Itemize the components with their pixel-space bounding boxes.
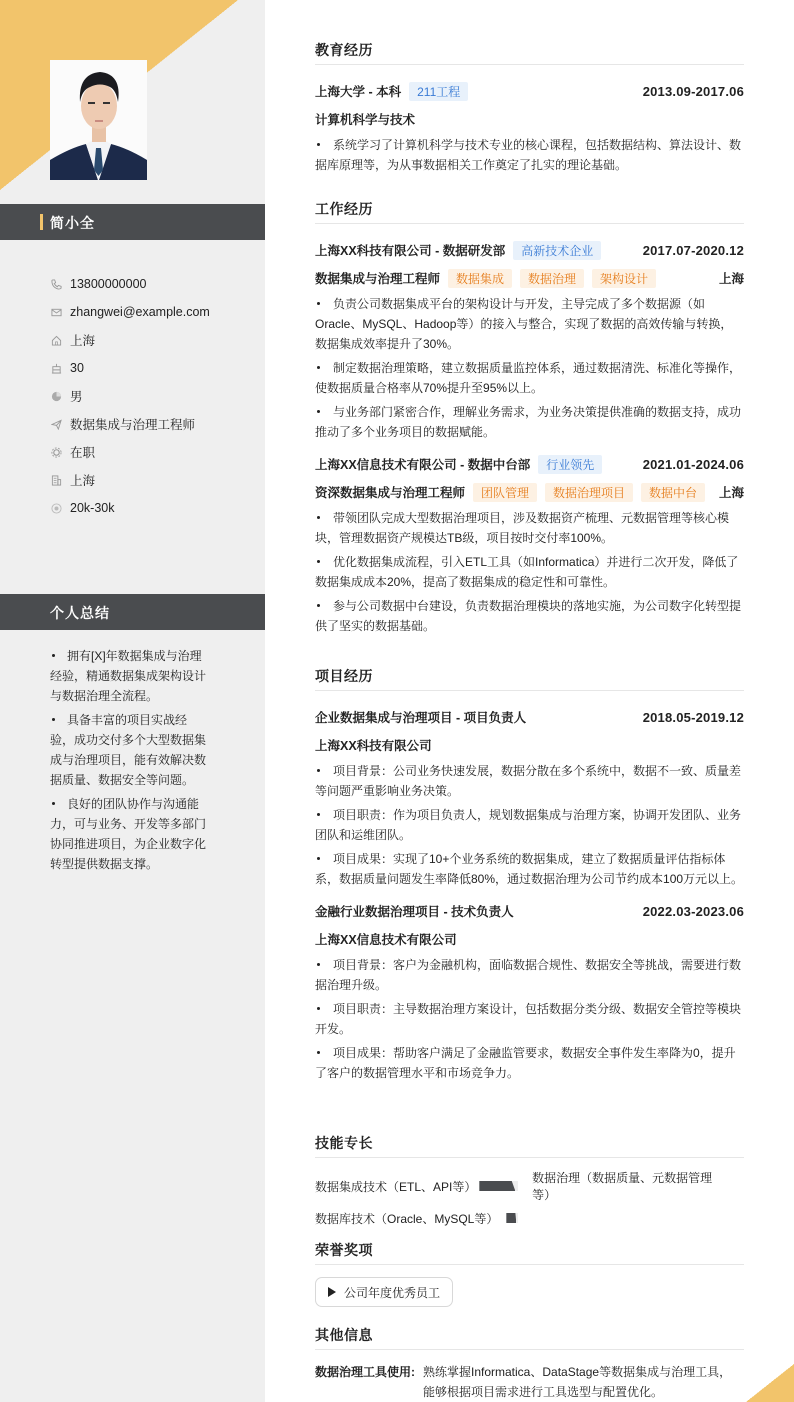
skill-row: 数据集成技术（ETL、API等） 数据治理（数据质量、元数据管理等） <box>315 1170 744 1202</box>
job-header: 上海XX科技有限公司 - 数据研发部 高新技术企业 2017.07-2020.1… <box>315 236 744 264</box>
summary-list: 拥有[X]年数据集成与治理经验，精通数据集成架构设计与数据治理全流程。 具备丰富… <box>50 646 210 878</box>
section-title: 荣誉奖项 <box>315 1240 744 1265</box>
job-location: 上海 <box>719 483 744 501</box>
bullet-item: 项目背景：公司业务快速发展，数据分散在多个系统中，数据不一致、质量差等问题严重影… <box>315 761 744 801</box>
section-title: 技能专长 <box>315 1133 744 1158</box>
contact-position: 数据集成与治理工程师 <box>50 410 210 438</box>
bullet-item: 项目职责：主导数据治理方案设计，包括数据分类分级、数据安全管控等模块开发。 <box>315 999 744 1039</box>
award-item[interactable]: 公司年度优秀员工 <box>315 1277 453 1307</box>
job-entry: 上海XX科技有限公司 - 数据研发部 高新技术企业 2017.07-2020.1… <box>315 236 744 442</box>
education-section: 教育经历 上海大学 - 本科 211工程 2013.09-2017.06 计算机… <box>315 40 744 179</box>
skill-label: 数据库技术（Oracle、MySQL等） <box>315 1210 498 1227</box>
skill-tag: 数据集成 <box>448 269 512 288</box>
building-icon <box>50 474 62 486</box>
bullet-icon <box>317 366 320 369</box>
bullet-item: 项目背景：客户为金融机构，面临数据合规性、数据安全等挑战，需要进行数据治理升级。 <box>315 955 744 995</box>
bullet-icon <box>52 718 55 721</box>
project-header: 企业数据集成与治理项目 - 项目负责人 2018.05-2019.12 <box>315 703 744 731</box>
project-bullets: 项目背景：公司业务快速发展，数据分散在多个系统中，数据不一致、质量差等问题严重影… <box>315 761 744 889</box>
bullet-icon <box>317 604 320 607</box>
skill-row: 数据库技术（Oracle、MySQL等） <box>315 1202 744 1234</box>
job-bullets: 带领团队完成大型数据治理项目，涉及数据资产梳理、元数据管理等核心模块，管理数据资… <box>315 508 744 636</box>
project-entry: 企业数据集成与治理项目 - 项目负责人 2018.05-2019.12 上海XX… <box>315 703 744 889</box>
mail-icon <box>50 306 62 318</box>
major: 计算机科学与技术 <box>315 105 744 133</box>
summary-item: 良好的团队协作与沟通能力，可与业务、开发等多部门协同推进项目，为企业数字化转型提… <box>50 794 210 874</box>
job-location: 上海 <box>719 269 744 287</box>
contact-value: zhangwei@example.com <box>70 305 210 319</box>
project-company: 上海XX科技有限公司 <box>315 731 744 759</box>
bullet-item: 优化数据集成流程，引入ETL工具（如Informatica）并进行二次开发，降低… <box>315 552 744 592</box>
skill-tag: 架构设计 <box>592 269 656 288</box>
projects-section: 项目经历 企业数据集成与治理项目 - 项目负责人 2018.05-2019.12… <box>315 666 744 1087</box>
job-role: 资深数据集成与治理工程师 <box>315 483 465 501</box>
skills-section: 技能专长 数据集成技术（ETL、API等） 数据治理（数据质量、元数据管理等） … <box>315 1133 744 1234</box>
bullet-item: 制定数据治理策略，建立数据质量监控体系，通过数据清洗、标准化等操作，使数据质量合… <box>315 358 744 398</box>
job-date: 2017.07-2020.12 <box>643 243 744 258</box>
gender-icon <box>50 390 62 402</box>
bullet-icon <box>317 813 320 816</box>
contact-gender: 男 <box>50 382 210 410</box>
other-value: 熟练掌握Informatica、DataStage等数据集成与治理工具，能够根据… <box>423 1362 743 1402</box>
section-title: 项目经历 <box>315 666 744 691</box>
skill-label: 数据治理（数据质量、元数据管理等） <box>532 1169 730 1203</box>
bullet-icon <box>317 143 320 146</box>
school-name: 上海大学 - 本科 <box>315 82 401 100</box>
bullet-item: 项目职责：作为项目负责人，规划数据集成与治理方案，协调开发团队、业务团队和运维团… <box>315 805 744 845</box>
bullet-icon <box>52 802 55 805</box>
skill-item: 数据治理（数据质量、元数据管理等） <box>532 1169 730 1203</box>
education-header: 上海大学 - 本科 211工程 2013.09-2017.06 <box>315 77 744 105</box>
contact-phone: 13800000000 <box>50 270 210 298</box>
education-bullets: 系统学习了计算机科学与技术专业的核心课程，包括数据结构、算法设计、数据库原理等，… <box>315 135 744 175</box>
project-name: 企业数据集成与治理项目 - 项目负责人 <box>315 708 526 726</box>
project-company: 上海XX信息技术有限公司 <box>315 925 744 953</box>
bullet-item: 系统学习了计算机科学与技术专业的核心课程，包括数据结构、算法设计、数据库原理等，… <box>315 135 744 175</box>
skill-tag: 团队管理 <box>473 483 537 502</box>
play-icon <box>328 1287 336 1297</box>
section-title: 工作经历 <box>315 199 744 224</box>
contact-value: 13800000000 <box>70 277 146 291</box>
skill-level-bar <box>506 1213 518 1223</box>
company-name: 上海XX科技有限公司 - 数据研发部 <box>315 241 505 259</box>
bullet-icon <box>317 560 320 563</box>
contact-list: 13800000000 zhangwei@example.com 上海 30 男… <box>50 270 210 522</box>
skill-label: 数据集成技术（ETL、API等） <box>315 1178 471 1195</box>
bullet-item: 与业务部门紧密合作，理解业务需求，为业务决策提供准确的数据支持，成功推动了多个业… <box>315 402 744 442</box>
awards-section: 荣誉奖项 公司年度优秀员工 <box>315 1240 744 1307</box>
bullet-icon <box>317 963 320 966</box>
send-icon <box>50 418 62 430</box>
sidebar: 简小全 13800000000 zhangwei@example.com 上海 … <box>0 0 265 1402</box>
job-bullets: 负责公司数据集成平台的架构设计与开发，主导完成了多个数据源（如Oracle、My… <box>315 294 744 442</box>
project-header: 金融行业数据治理项目 - 技术负责人 2022.03-2023.06 <box>315 897 744 925</box>
contact-age: 30 <box>50 354 210 382</box>
project-name: 金融行业数据治理项目 - 技术负责人 <box>315 902 514 920</box>
award-label: 公司年度优秀员工 <box>344 1284 440 1301</box>
skill-item: 数据集成技术（ETL、API等） <box>315 1178 518 1195</box>
job-entry: 上海XX信息技术有限公司 - 数据中台部 行业领先 2021.01-2024.0… <box>315 450 744 636</box>
phone-icon <box>50 278 62 290</box>
skill-item: 数据库技术（Oracle、MySQL等） <box>315 1210 518 1227</box>
bullet-icon <box>317 302 320 305</box>
education-date: 2013.09-2017.06 <box>643 84 744 99</box>
contact-value: 上海 <box>70 331 95 349</box>
name-bar: 简小全 <box>0 204 265 240</box>
project-bullets: 项目背景：客户为金融机构，面临数据合规性、数据安全等挑战，需要进行数据治理升级。… <box>315 955 744 1083</box>
accent-mark <box>40 214 43 230</box>
status-icon <box>50 446 62 458</box>
skill-level-bar <box>479 1181 518 1191</box>
school-tag: 211工程 <box>409 82 468 101</box>
work-section: 工作经历 上海XX科技有限公司 - 数据研发部 高新技术企业 2017.07-2… <box>315 199 744 640</box>
company-tag: 高新技术企业 <box>513 241 601 260</box>
bullet-icon <box>317 1051 320 1054</box>
skill-tag: 数据中台 <box>641 483 705 502</box>
project-date: 2018.05-2019.12 <box>643 710 744 725</box>
skill-tag: 数据治理 <box>520 269 584 288</box>
candidate-name: 简小全 <box>50 213 95 233</box>
salary-icon <box>50 502 62 514</box>
contact-city: 上海 <box>50 326 210 354</box>
contact-value: 上海 <box>70 471 95 489</box>
contact-status: 在职 <box>50 438 210 466</box>
bullet-icon <box>317 410 320 413</box>
section-title: 教育经历 <box>315 40 744 65</box>
job-date: 2021.01-2024.06 <box>643 457 744 472</box>
project-entry: 金融行业数据治理项目 - 技术负责人 2022.03-2023.06 上海XX信… <box>315 897 744 1083</box>
age-icon <box>50 362 62 374</box>
decorative-corner <box>746 1364 794 1402</box>
contact-salary: 20k-30k <box>50 494 210 522</box>
home-icon <box>50 334 62 346</box>
skill-tag: 数据治理项目 <box>545 483 633 502</box>
skills-list: 数据集成技术（ETL、API等） 数据治理（数据质量、元数据管理等） 数据库技术… <box>315 1170 744 1234</box>
summary-title: 个人总结 <box>50 603 110 623</box>
bullet-item: 项目成果：帮助客户满足了金融监管要求，数据安全事件发生率降为0，提升了客户的数据… <box>315 1043 744 1083</box>
job-role: 数据集成与治理工程师 <box>315 269 440 287</box>
summary-item: 具备丰富的项目实战经验，成功交付多个大型数据集成与治理项目，能有效解决数据质量、… <box>50 710 210 790</box>
company-tag: 行业领先 <box>538 455 602 474</box>
bullet-item: 项目成果：实现了10+个业务系统的数据集成，建立了数据质量评估指标体系，数据质量… <box>315 849 744 889</box>
job-header: 上海XX信息技术有限公司 - 数据中台部 行业领先 2021.01-2024.0… <box>315 450 744 478</box>
contact-email: zhangwei@example.com <box>50 298 210 326</box>
bullet-icon <box>317 769 320 772</box>
section-title: 其他信息 <box>315 1325 744 1350</box>
job-role-row: 数据集成与治理工程师 数据集成 数据治理 架构设计 上海 <box>315 264 744 292</box>
contact-value: 男 <box>70 387 83 405</box>
bullet-icon <box>317 857 320 860</box>
contact-value: 数据集成与治理工程师 <box>70 415 195 433</box>
avatar <box>50 60 147 180</box>
project-date: 2022.03-2023.06 <box>643 904 744 919</box>
job-role-row: 资深数据集成与治理工程师 团队管理 数据治理项目 数据中台 上海 <box>315 478 744 506</box>
contact-work-city: 上海 <box>50 466 210 494</box>
contact-value: 30 <box>70 361 84 375</box>
bullet-item: 负责公司数据集成平台的架构设计与开发，主导完成了多个数据源（如Oracle、My… <box>315 294 744 354</box>
other-key: 数据治理工具使用: <box>315 1362 415 1402</box>
company-name: 上海XX信息技术有限公司 - 数据中台部 <box>315 455 530 473</box>
other-section: 其他信息 数据治理工具使用: 熟练掌握Informatica、DataStage… <box>315 1325 744 1402</box>
contact-value: 20k-30k <box>70 501 114 515</box>
summary-header: 个人总结 <box>0 594 265 630</box>
bullet-icon <box>52 654 55 657</box>
other-item: 数据治理工具使用: 熟练掌握Informatica、DataStage等数据集成… <box>315 1362 744 1402</box>
bullet-item: 带领团队完成大型数据治理项目，涉及数据资产梳理、元数据管理等核心模块，管理数据资… <box>315 508 744 548</box>
bullet-item: 参与公司数据中台建设，负责数据治理模块的落地实施，为公司数字化转型提供了坚实的数… <box>315 596 744 636</box>
bullet-icon <box>317 1007 320 1010</box>
summary-item: 拥有[X]年数据集成与治理经验，精通数据集成架构设计与数据治理全流程。 <box>50 646 210 706</box>
contact-value: 在职 <box>70 443 95 461</box>
bullet-icon <box>317 516 320 519</box>
